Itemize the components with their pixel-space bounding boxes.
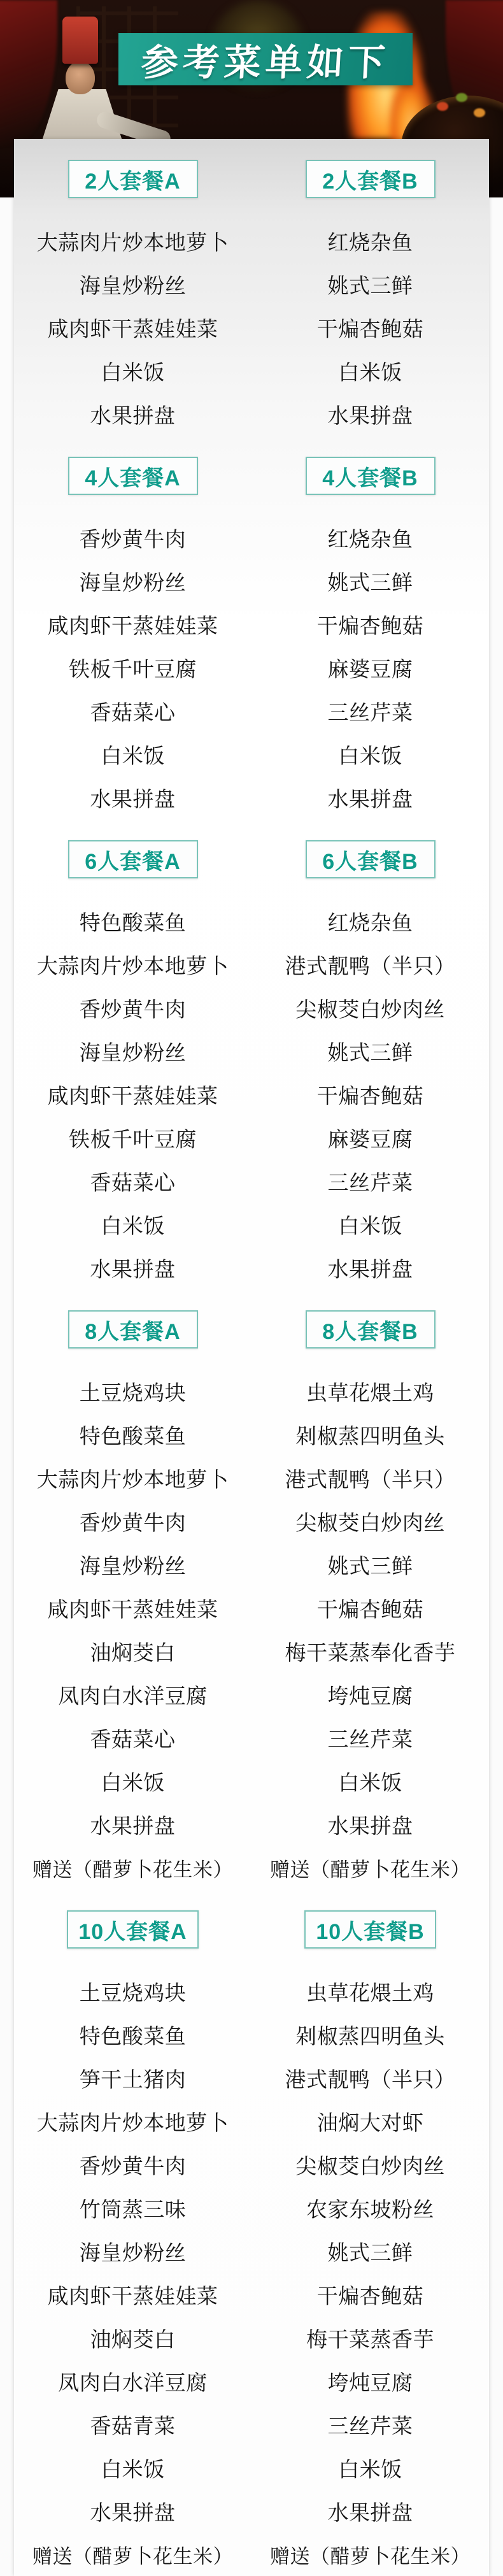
dish-name-text: 港式靓鸭（半只） <box>285 2063 456 2093</box>
dish-name-text: 香炒黄牛肉 <box>80 993 187 1023</box>
set-label-box: 10人套餐B <box>304 1910 436 1949</box>
dish-name-text: 红烧杂鱼 <box>328 226 413 256</box>
dish-name: 特色酸菜鱼 <box>14 1413 251 1456</box>
dish-name: 梅干菜蒸香芋 <box>251 2316 489 2359</box>
menu-row: 香炒黄牛肉尖椒茭白炒肉丝 <box>14 2143 489 2186</box>
set-label: 4人套餐B <box>322 461 418 492</box>
dish-name: 海皇炒粉丝 <box>14 1543 251 1586</box>
menu-row: 水果拼盘水果拼盘 <box>14 1803 489 1846</box>
menu-row: 白米饭白米饭 <box>14 733 489 776</box>
dish-name-text: 尖椒茭白炒肉丝 <box>295 993 445 1023</box>
dish-name-text: 白米饭 <box>338 2453 402 2483</box>
set-label-column: 4人套餐B <box>251 457 489 495</box>
menu-row: 咸肉虾干蒸娃娃菜干煸杏鲍菇 <box>14 306 489 349</box>
dish-name-text: 白米饭 <box>101 1210 165 1240</box>
dish-name: 尖椒茭白炒肉丝 <box>251 2143 489 2186</box>
menu-row: 香菇菜心三丝芹菜 <box>14 1159 489 1203</box>
dish-name: 铁板千叶豆腐 <box>14 646 251 689</box>
page-title: 参考菜单如下 <box>140 32 391 86</box>
set-label-column: 8人套餐B <box>251 1310 489 1349</box>
dish-name: 海皇炒粉丝 <box>14 559 251 603</box>
dish-name-text: 海皇炒粉丝 <box>80 2236 187 2266</box>
menu-row: 铁板千叶豆腐麻婆豆腐 <box>14 1116 489 1159</box>
dish-name-text: 干煸杏鲍菇 <box>317 1080 424 1110</box>
dish-name: 竹筒蒸三味 <box>14 2186 251 2229</box>
menu-poster: 参考菜单如下 2人套餐A2人套餐B大蒜肉片炒本地萝卜红烧杂鱼海皇炒粉丝姚式三鲜咸… <box>0 0 503 2576</box>
gift-note: 赠送（醋萝卜花生米） <box>14 1846 251 1889</box>
menu-row: 特色酸菜鱼剁椒蒸四明鱼头 <box>14 2013 489 2056</box>
dish-name-text: 姚式三鲜 <box>328 1036 413 1066</box>
dish-name-text: 姚式三鲜 <box>328 2236 413 2266</box>
dish-name: 姚式三鲜 <box>251 262 489 306</box>
dish-name: 白米饭 <box>251 1203 489 1246</box>
menu-row: 大蒜肉片炒本地萝卜红烧杂鱼 <box>14 219 489 262</box>
dish-name-text: 铁板千叶豆腐 <box>69 653 197 683</box>
dish-name-text: 赠送（醋萝卜花生米） <box>32 2540 233 2569</box>
tossed-vegetable <box>474 108 485 117</box>
set-label-box: 2人套餐B <box>306 160 436 198</box>
set-label-box: 4人套餐A <box>68 457 198 495</box>
dish-name: 咸肉虾干蒸娃娃菜 <box>14 603 251 646</box>
dish-name: 红烧杂鱼 <box>251 899 489 943</box>
dish-name: 干煸杏鲍菇 <box>251 603 489 646</box>
dish-name-text: 香炒黄牛肉 <box>80 2150 187 2180</box>
set-label-box: 2人套餐A <box>68 160 198 198</box>
menu-row: 特色酸菜鱼剁椒蒸四明鱼头 <box>14 1413 489 1456</box>
dish-name-text: 大蒜肉片炒本地萝卜 <box>37 226 229 256</box>
dish-name: 水果拼盘 <box>14 2489 251 2533</box>
set-label-box: 10人套餐A <box>67 1910 198 1949</box>
menu-row: 油焖茭白梅干菜蒸香芋 <box>14 2316 489 2359</box>
dish-name: 尖椒茭白炒肉丝 <box>251 1499 489 1543</box>
menu-row: 咸肉虾干蒸娃娃菜干煸杏鲍菇 <box>14 603 489 646</box>
dish-name-text: 赠送（醋萝卜花生米） <box>270 2540 471 2569</box>
menu-row: 海皇炒粉丝姚式三鲜 <box>14 1543 489 1586</box>
dish-name-text: 赠送（醋萝卜花生米） <box>32 1854 233 1882</box>
dish-name: 红烧杂鱼 <box>251 219 489 262</box>
menu-row: 笋干土猪肉港式靓鸭（半只） <box>14 2056 489 2100</box>
title-banner: 参考菜单如下 <box>118 33 413 85</box>
dish-name: 剁椒蒸四明鱼头 <box>251 2013 489 2056</box>
dish-name: 白米饭 <box>14 1203 251 1246</box>
dish-name-text: 油焖茭白 <box>90 2323 176 2353</box>
dish-name-text: 农家东坡粉丝 <box>306 2193 434 2223</box>
menu-row: 白米饭白米饭 <box>14 1203 489 1246</box>
dish-name-text: 白米饭 <box>338 740 402 769</box>
dish-name-text: 水果拼盘 <box>328 1253 413 1283</box>
menu-row: 大蒜肉片炒本地萝卜油焖大对虾 <box>14 2100 489 2143</box>
set-label-column: 6人套餐B <box>251 840 489 878</box>
dish-name-text: 姚式三鲜 <box>328 269 413 299</box>
menu-row: 香菇青菜三丝芹菜 <box>14 2403 489 2446</box>
dish-name: 咸肉虾干蒸娃娃菜 <box>14 2273 251 2316</box>
dish-name: 港式靓鸭（半只） <box>251 943 489 986</box>
dish-name: 香菇菜心 <box>14 1716 251 1759</box>
dish-name-text: 咸肉虾干蒸娃娃菜 <box>48 1080 218 1110</box>
dish-name-text: 笋干土猪肉 <box>80 2063 187 2093</box>
dish-name: 铁板千叶豆腐 <box>14 1116 251 1159</box>
menu-row: 香炒黄牛肉尖椒茭白炒肉丝 <box>14 986 489 1029</box>
menu-row: 大蒜肉片炒本地萝卜港式靓鸭（半只） <box>14 1456 489 1499</box>
menu-row: 香炒黄牛肉尖椒茭白炒肉丝 <box>14 1499 489 1543</box>
dish-name: 水果拼盘 <box>14 392 251 436</box>
menu-row: 赠送（醋萝卜花生米）赠送（醋萝卜花生米） <box>14 2533 489 2576</box>
dish-name-text: 大蒜肉片炒本地萝卜 <box>37 950 229 980</box>
menu-row: 凤肉白水洋豆腐垮炖豆腐 <box>14 2359 489 2403</box>
dish-name-text: 尖椒茭白炒肉丝 <box>295 2150 445 2180</box>
dish-name: 红烧杂鱼 <box>251 516 489 559</box>
dish-name-text: 垮炖豆腐 <box>328 2366 413 2396</box>
dish-name-text: 特色酸菜鱼 <box>80 1420 187 1450</box>
dish-name-text: 水果拼盘 <box>90 1253 176 1283</box>
dish-name-text: 香炒黄牛肉 <box>80 523 187 553</box>
dish-name: 港式靓鸭（半只） <box>251 2056 489 2100</box>
dish-name: 香菇菜心 <box>14 1159 251 1203</box>
menu-row: 大蒜肉片炒本地萝卜港式靓鸭（半只） <box>14 943 489 986</box>
section-header-row: 10人套餐A10人套餐B <box>14 1889 489 1970</box>
dish-name: 凤肉白水洋豆腐 <box>14 2359 251 2403</box>
dish-name: 姚式三鲜 <box>251 2229 489 2273</box>
gift-note: 赠送（醋萝卜花生米） <box>251 1846 489 1889</box>
menu-row: 海皇炒粉丝姚式三鲜 <box>14 559 489 603</box>
dish-name-text: 香菇菜心 <box>90 1166 176 1196</box>
dish-name-text: 特色酸菜鱼 <box>80 2020 187 2050</box>
set-label: 2人套餐A <box>85 164 180 195</box>
dish-name-text: 麻婆豆腐 <box>328 653 413 683</box>
dish-name: 麻婆豆腐 <box>251 646 489 689</box>
menu-row: 土豆烧鸡块虫草花煨土鸡 <box>14 1970 489 2013</box>
set-label: 6人套餐A <box>85 844 180 875</box>
menu-row: 水果拼盘水果拼盘 <box>14 2489 489 2533</box>
dish-name-text: 干煸杏鲍菇 <box>317 1593 424 1623</box>
menu-row: 水果拼盘水果拼盘 <box>14 1246 489 1289</box>
set-label-box: 8人套餐A <box>68 1310 198 1349</box>
dish-name: 三丝芹菜 <box>251 1716 489 1759</box>
dish-name: 白米饭 <box>251 1759 489 1803</box>
menu-row: 海皇炒粉丝姚式三鲜 <box>14 2229 489 2273</box>
dish-name: 水果拼盘 <box>251 776 489 819</box>
menu-row: 竹筒蒸三味农家东坡粉丝 <box>14 2186 489 2229</box>
dish-name-text: 香菇菜心 <box>90 1723 176 1753</box>
menu-row: 咸肉虾干蒸娃娃菜干煸杏鲍菇 <box>14 1586 489 1629</box>
dish-name-text: 白米饭 <box>101 1766 165 1796</box>
dish-name-text: 白米饭 <box>338 1766 402 1796</box>
dish-name: 干煸杏鲍菇 <box>251 306 489 349</box>
dish-name-text: 凤肉白水洋豆腐 <box>58 2366 208 2396</box>
dish-name: 大蒜肉片炒本地萝卜 <box>14 943 251 986</box>
set-label-box: 8人套餐B <box>306 1310 436 1349</box>
dish-name: 土豆烧鸡块 <box>14 1970 251 2013</box>
dish-name-text: 干煸杏鲍菇 <box>317 610 424 640</box>
menu-row: 香菇菜心三丝芹菜 <box>14 1716 489 1759</box>
section-header-row: 2人套餐A2人套餐B <box>14 139 489 219</box>
dish-name: 白米饭 <box>14 2446 251 2489</box>
dish-name: 水果拼盘 <box>251 1246 489 1289</box>
dish-name-text: 油焖茭白 <box>90 1636 176 1666</box>
set-label: 10人套餐B <box>316 1914 424 1945</box>
dish-name: 油焖茭白 <box>14 2316 251 2359</box>
dish-name: 咸肉虾干蒸娃娃菜 <box>14 306 251 349</box>
dish-name: 姚式三鲜 <box>251 1543 489 1586</box>
dish-name: 姚式三鲜 <box>251 1029 489 1073</box>
dish-name-text: 土豆烧鸡块 <box>80 1377 187 1406</box>
dish-name-text: 尖椒茭白炒肉丝 <box>295 1506 445 1536</box>
dish-name: 香炒黄牛肉 <box>14 516 251 559</box>
dish-name-text: 梅干菜蒸奉化香芋 <box>285 1636 456 1666</box>
menu-row: 香菇菜心三丝芹菜 <box>14 689 489 733</box>
dish-name-text: 大蒜肉片炒本地萝卜 <box>37 2107 229 2136</box>
dish-name-text: 三丝芹菜 <box>328 1166 413 1196</box>
dish-name: 咸肉虾干蒸娃娃菜 <box>14 1586 251 1629</box>
dish-name: 海皇炒粉丝 <box>14 262 251 306</box>
dish-name-text: 铁板千叶豆腐 <box>69 1123 197 1153</box>
dish-name: 三丝芹菜 <box>251 2403 489 2446</box>
section-header-row: 6人套餐A6人套餐B <box>14 819 489 899</box>
dish-name: 香炒黄牛肉 <box>14 986 251 1029</box>
set-label-column: 8人套餐A <box>14 1310 251 1349</box>
dish-name-text: 海皇炒粉丝 <box>80 566 187 596</box>
dish-name: 海皇炒粉丝 <box>14 1029 251 1073</box>
dish-name-text: 三丝芹菜 <box>328 1723 413 1753</box>
dish-name-text: 三丝芹菜 <box>328 696 413 726</box>
menu-row: 油焖茭白梅干菜蒸奉化香芋 <box>14 1629 489 1673</box>
dish-name: 香菇青菜 <box>14 2403 251 2446</box>
dish-name: 梅干菜蒸奉化香芋 <box>251 1629 489 1673</box>
dish-name-text: 白米饭 <box>338 1210 402 1240</box>
dish-name: 油焖茭白 <box>14 1629 251 1673</box>
menu-row: 水果拼盘水果拼盘 <box>14 392 489 436</box>
dish-name-text: 白米饭 <box>101 2453 165 2483</box>
dish-name: 剁椒蒸四明鱼头 <box>251 1413 489 1456</box>
menu-row: 铁板千叶豆腐麻婆豆腐 <box>14 646 489 689</box>
dish-name: 尖椒茭白炒肉丝 <box>251 986 489 1029</box>
dish-name-text: 咸肉虾干蒸娃娃菜 <box>48 2280 218 2310</box>
set-label: 6人套餐B <box>322 844 418 875</box>
dish-name: 姚式三鲜 <box>251 559 489 603</box>
dish-name: 垮炖豆腐 <box>251 2359 489 2403</box>
dish-name: 白米饭 <box>251 2446 489 2489</box>
dish-name-text: 海皇炒粉丝 <box>80 1036 187 1066</box>
dish-name-text: 水果拼盘 <box>328 1810 413 1840</box>
dish-name-text: 白米饭 <box>101 740 165 769</box>
dish-name: 垮炖豆腐 <box>251 1673 489 1716</box>
dish-name-text: 红烧杂鱼 <box>328 906 413 936</box>
dish-name: 油焖大对虾 <box>251 2100 489 2143</box>
dish-name-text: 咸肉虾干蒸娃娃菜 <box>48 313 218 343</box>
dish-name: 水果拼盘 <box>251 392 489 436</box>
gift-note: 赠送（醋萝卜花生米） <box>251 2533 489 2576</box>
gift-note: 赠送（醋萝卜花生米） <box>14 2533 251 2576</box>
dish-name-text: 梅干菜蒸香芋 <box>306 2323 434 2353</box>
dish-name-text: 水果拼盘 <box>90 2496 176 2526</box>
dish-name-text: 水果拼盘 <box>90 783 176 813</box>
dish-name: 土豆烧鸡块 <box>14 1370 251 1413</box>
dish-name: 海皇炒粉丝 <box>14 2229 251 2273</box>
dish-name: 干煸杏鲍菇 <box>251 1586 489 1629</box>
dish-name: 水果拼盘 <box>14 776 251 819</box>
dish-name-text: 竹筒蒸三味 <box>80 2193 187 2223</box>
set-label-box: 4人套餐B <box>306 457 436 495</box>
dish-name: 水果拼盘 <box>251 2489 489 2533</box>
section-header-row: 8人套餐A8人套餐B <box>14 1289 489 1370</box>
menu-row: 赠送（醋萝卜花生米）赠送（醋萝卜花生米） <box>14 1846 489 1889</box>
set-label: 4人套餐A <box>85 461 180 492</box>
dish-name: 大蒜肉片炒本地萝卜 <box>14 2100 251 2143</box>
dish-name: 水果拼盘 <box>14 1246 251 1289</box>
dish-name: 香炒黄牛肉 <box>14 2143 251 2186</box>
set-label-box: 6人套餐B <box>306 840 436 878</box>
dish-name: 凤肉白水洋豆腐 <box>14 1673 251 1716</box>
menu-row: 特色酸菜鱼红烧杂鱼 <box>14 899 489 943</box>
set-label: 10人套餐A <box>78 1914 187 1945</box>
dish-name-text: 虫草花煨土鸡 <box>306 1377 434 1406</box>
dish-name: 大蒜肉片炒本地萝卜 <box>14 1456 251 1499</box>
dish-name-text: 剁椒蒸四明鱼头 <box>295 2020 445 2050</box>
dish-name: 虫草花煨土鸡 <box>251 1370 489 1413</box>
dish-name-text: 三丝芹菜 <box>328 2410 413 2440</box>
tossed-greens <box>456 93 467 102</box>
set-label-box: 6人套餐A <box>68 840 198 878</box>
chef-red-hat <box>62 17 98 64</box>
dish-name-text: 海皇炒粉丝 <box>80 1550 187 1580</box>
dish-name-text: 水果拼盘 <box>328 399 413 429</box>
dish-name-text: 剁椒蒸四明鱼头 <box>295 1420 445 1450</box>
menu-row: 凤肉白水洋豆腐垮炖豆腐 <box>14 1673 489 1716</box>
dish-name: 水果拼盘 <box>251 1803 489 1846</box>
dish-name-text: 虫草花煨土鸡 <box>306 1977 434 2007</box>
dish-name-text: 姚式三鲜 <box>328 1550 413 1580</box>
dish-name-text: 香菇青菜 <box>90 2410 176 2440</box>
dish-name-text: 咸肉虾干蒸娃娃菜 <box>48 1593 218 1623</box>
set-label: 2人套餐B <box>322 164 418 195</box>
dish-name-text: 水果拼盘 <box>90 1810 176 1840</box>
dish-name: 虫草花煨土鸡 <box>251 1970 489 2013</box>
dish-name-text: 特色酸菜鱼 <box>80 906 187 936</box>
dish-name: 白米饭 <box>251 349 489 392</box>
dish-name: 三丝芹菜 <box>251 1159 489 1203</box>
dish-name: 麻婆豆腐 <box>251 1116 489 1159</box>
dish-name: 香菇菜心 <box>14 689 251 733</box>
dish-name-text: 干煸杏鲍菇 <box>317 313 424 343</box>
dish-name-text: 干煸杏鲍菇 <box>317 2280 424 2310</box>
menu-row: 海皇炒粉丝姚式三鲜 <box>14 1029 489 1073</box>
dish-name: 水果拼盘 <box>14 1803 251 1846</box>
dish-name-text: 姚式三鲜 <box>328 566 413 596</box>
dish-name-text: 麻婆豆腐 <box>328 1123 413 1153</box>
menu-row: 咸肉虾干蒸娃娃菜干煸杏鲍菇 <box>14 2273 489 2316</box>
dish-name: 特色酸菜鱼 <box>14 899 251 943</box>
dish-name: 白米饭 <box>14 733 251 776</box>
dish-name-text: 港式靓鸭（半只） <box>285 950 456 980</box>
dish-name: 三丝芹菜 <box>251 689 489 733</box>
dish-name-text: 大蒜肉片炒本地萝卜 <box>37 1463 229 1493</box>
dish-name-text: 赠送（醋萝卜花生米） <box>270 1854 471 1882</box>
dish-name-text: 油焖大对虾 <box>317 2107 424 2136</box>
set-label-column: 2人套餐A <box>14 160 251 198</box>
set-label: 8人套餐B <box>322 1314 418 1345</box>
dish-name-text: 水果拼盘 <box>328 2496 413 2526</box>
set-label-column: 10人套餐B <box>251 1910 489 1949</box>
dish-name-text: 海皇炒粉丝 <box>80 269 187 299</box>
dish-name-text: 水果拼盘 <box>90 399 176 429</box>
dish-name-text: 香炒黄牛肉 <box>80 1506 187 1536</box>
dish-name-text: 凤肉白水洋豆腐 <box>58 1680 208 1710</box>
dish-name: 农家东坡粉丝 <box>251 2186 489 2229</box>
dish-name-text: 白米饭 <box>338 356 402 386</box>
set-label-column: 6人套餐A <box>14 840 251 878</box>
dish-name: 白米饭 <box>251 733 489 776</box>
dish-name: 大蒜肉片炒本地萝卜 <box>14 219 251 262</box>
set-label-column: 2人套餐B <box>251 160 489 198</box>
dish-name: 笋干土猪肉 <box>14 2056 251 2100</box>
dish-name-text: 香菇菜心 <box>90 696 176 726</box>
menu-sections: 2人套餐A2人套餐B大蒜肉片炒本地萝卜红烧杂鱼海皇炒粉丝姚式三鲜咸肉虾干蒸娃娃菜… <box>14 139 489 2576</box>
menu-row: 白米饭白米饭 <box>14 349 489 392</box>
menu-row: 水果拼盘水果拼盘 <box>14 776 489 819</box>
menu-row: 白米饭白米饭 <box>14 2446 489 2489</box>
menu-row: 海皇炒粉丝姚式三鲜 <box>14 262 489 306</box>
dish-name-text: 咸肉虾干蒸娃娃菜 <box>48 610 218 640</box>
menu-row: 咸肉虾干蒸娃娃菜干煸杏鲍菇 <box>14 1073 489 1116</box>
section-header-row: 4人套餐A4人套餐B <box>14 436 489 516</box>
dish-name-text: 红烧杂鱼 <box>328 523 413 553</box>
dish-name-text: 港式靓鸭（半只） <box>285 1463 456 1493</box>
dish-name-text: 垮炖豆腐 <box>328 1680 413 1710</box>
dish-name: 干煸杏鲍菇 <box>251 1073 489 1116</box>
dish-name: 干煸杏鲍菇 <box>251 2273 489 2316</box>
menu-row: 香炒黄牛肉红烧杂鱼 <box>14 516 489 559</box>
set-label: 8人套餐A <box>85 1314 180 1345</box>
menu-row: 白米饭白米饭 <box>14 1759 489 1803</box>
dish-name: 特色酸菜鱼 <box>14 2013 251 2056</box>
dish-name: 白米饭 <box>14 1759 251 1803</box>
dish-name-text: 白米饭 <box>101 356 165 386</box>
dish-name-text: 水果拼盘 <box>328 783 413 813</box>
menu-row: 土豆烧鸡块虫草花煨土鸡 <box>14 1370 489 1413</box>
chef-face <box>66 61 95 94</box>
set-label-column: 10人套餐A <box>14 1910 251 1949</box>
dish-name-text: 土豆烧鸡块 <box>80 1977 187 2007</box>
dish-name: 咸肉虾干蒸娃娃菜 <box>14 1073 251 1116</box>
dish-name: 香炒黄牛肉 <box>14 1499 251 1543</box>
dish-name: 港式靓鸭（半只） <box>251 1456 489 1499</box>
dish-name: 白米饭 <box>14 349 251 392</box>
set-label-column: 4人套餐A <box>14 457 251 495</box>
tossed-pepper <box>437 102 448 111</box>
